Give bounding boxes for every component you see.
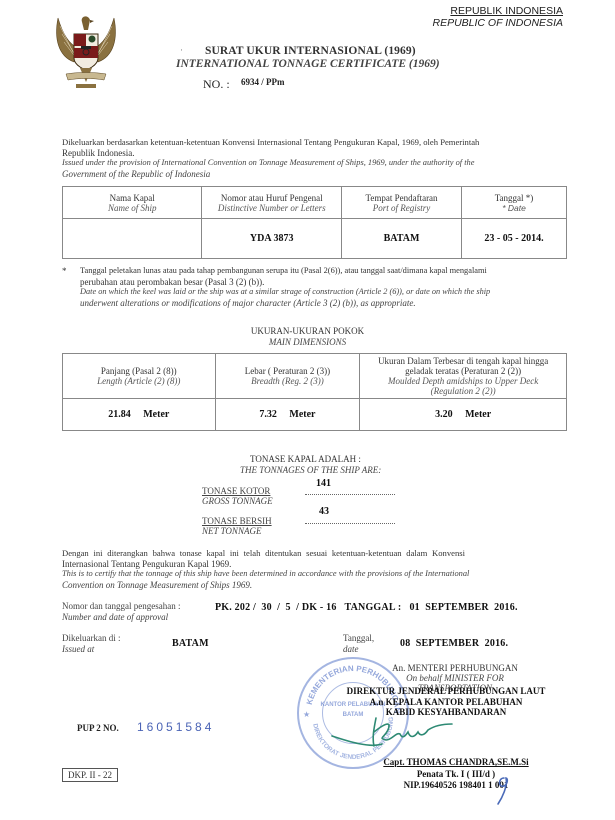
certificate-number-label: NO. :: [203, 77, 230, 92]
net-tonnage-label: TONASE BERSIH NET TONNAGE: [202, 516, 272, 536]
header-breadth: Lebar ( Peraturan 2 (3))Breadth (Reg. 2 …: [215, 354, 360, 399]
certify-en-line1: This is to certify that the tonnage of t…: [62, 569, 572, 580]
header-moulded-depth: Ukuran Dalam Terbesar di tengah kapal hi…: [360, 354, 567, 399]
certify-id-line1: Dengan ini diterangkan bahwa tonase kapa…: [62, 548, 572, 559]
intro-en-line1: Issued under the provision of Internatio…: [62, 158, 572, 169]
net-tonnage-dotted-line: [305, 523, 395, 524]
intro-en-line2: Government of the Republic of Indonesia: [62, 169, 572, 180]
country-name-en: REPUBLIC OF INDONESIA: [432, 17, 563, 29]
gross-tonnage-label: TONASE KOTOR GROSS TONNAGE: [202, 486, 273, 506]
signatory-nip: NIP.19640526 198401 1 001: [356, 780, 556, 792]
tonnage-title-id: TONASE KAPAL ADALAH :: [250, 454, 361, 464]
port-of-registry-value: BATAM: [342, 219, 462, 259]
dimensions-title-en: MAIN DIMENSIONS: [0, 337, 615, 347]
header-distinctive-number: Nomor atau Huruf PengenalDistinctive Num…: [202, 187, 342, 219]
country-name-id: REPUBLIK INDONESIA: [450, 5, 563, 17]
footnote-mark: *: [62, 266, 67, 277]
issued-date-label: Tanggal, date: [343, 633, 374, 655]
certify-id-line2: Internasional Tentang Pengukuran Kapal 1…: [62, 559, 572, 570]
tonnage-title-en: THE TONNAGES OF THE SHIP ARE:: [240, 465, 381, 475]
authority-line3: DIREKTUR JENDERAL PERHUBUNGAN LAUT: [326, 686, 566, 697]
length-value: 21.84 Meter: [63, 399, 216, 431]
date-value: 23 - 05 - 2014.: [462, 219, 567, 259]
signatory-name: Capt. THOMAS CHANDRA,SE.M.Si: [356, 757, 556, 769]
document-title-id: SURAT UKUR INTERNASIONAL (1969): [205, 45, 416, 57]
approval-label: Nomor dan tanggal pengesahan : Number an…: [62, 601, 180, 623]
issued-at-label: Dikeluarkan di : Issued at: [62, 633, 120, 655]
main-dimensions-table: Panjang (Pasal 2 (8))Length (Article (2)…: [62, 353, 567, 431]
certification-paragraph: Dengan ini diterangkan bahwa tonase kapa…: [62, 548, 572, 590]
gross-tonnage-dotted-line: [305, 494, 395, 495]
footnote-en-line1: Date on which the keel was laid or the s…: [80, 287, 570, 298]
footnote-id-line2: perubahan atau perombakan besar (Pasal 3…: [80, 277, 570, 288]
pup-number: 16051584: [137, 720, 214, 734]
gross-tonnage-value: 141: [316, 478, 331, 489]
distinctive-number-value: YDA 3873: [202, 219, 342, 259]
certify-en-line2: Convention on Tonnage Measurement of Shi…: [62, 580, 572, 591]
initial-mark: [490, 768, 520, 808]
header-length: Panjang (Pasal 2 (8))Length (Article (2)…: [63, 354, 216, 399]
intro-id-line1: Dikeluarkan berdasarkan ketentuan-ketent…: [62, 137, 572, 148]
form-code: DKP. II - 22: [62, 768, 118, 782]
moulded-depth-value: 3.20 Meter: [360, 399, 567, 431]
certificate-number: 6934 / PPm: [241, 77, 285, 87]
ship-identity-table: Nama KapalName of Ship Nomor atau Huruf …: [62, 186, 567, 259]
footnote-id-line1: Tanggal peletakan lunas atau pada tahap …: [80, 266, 570, 277]
pup-label: PUP 2 NO.: [77, 723, 119, 733]
signatory: Capt. THOMAS CHANDRA,SE.M.Si Penata Tk. …: [356, 757, 556, 792]
authority-line4: A.n KEPALA KANTOR PELABUHAN: [326, 697, 566, 708]
document-title-en: INTERNATIONAL TONNAGE CERTIFICATE (1969): [176, 58, 440, 70]
garuda-emblem-icon: [52, 8, 120, 96]
net-tonnage-value: 43: [319, 506, 329, 517]
handwritten-signature: [330, 712, 460, 752]
signatory-rank: Penata Tk. I ( III/d ): [356, 769, 556, 781]
decorative-dot: ·: [180, 45, 183, 55]
header-port-of-registry: Tempat PendaftaranPort of Registry: [342, 187, 462, 219]
ship-name-value: [63, 219, 202, 259]
intro-id-line2: Republik Indonesia.: [62, 148, 572, 159]
issued-at-value: BATAM: [172, 638, 209, 649]
header-date: Tanggal *)* Date: [462, 187, 567, 219]
approval-number-and-date: PK. 202 / 30 / 5 / DK - 16 TANGGAL : 01 …: [215, 602, 518, 613]
breadth-value: 7.32 Meter: [215, 399, 360, 431]
footnote: Tanggal peletakan lunas atau pada tahap …: [80, 266, 570, 308]
intro-paragraph: Dikeluarkan berdasarkan ketentuan-ketent…: [62, 137, 572, 179]
footnote-en-line2: underwent alterations or modifications o…: [80, 298, 570, 309]
svg-text:★: ★: [303, 710, 310, 719]
dimensions-title-id: UKURAN-UKURAN POKOK: [0, 326, 615, 336]
authority-line1: An. MENTERI PERHUBUNGAN: [370, 663, 540, 673]
issued-date-value: 08 SEPTEMBER 2016.: [400, 638, 508, 649]
header-ship-name: Nama KapalName of Ship: [63, 187, 202, 219]
